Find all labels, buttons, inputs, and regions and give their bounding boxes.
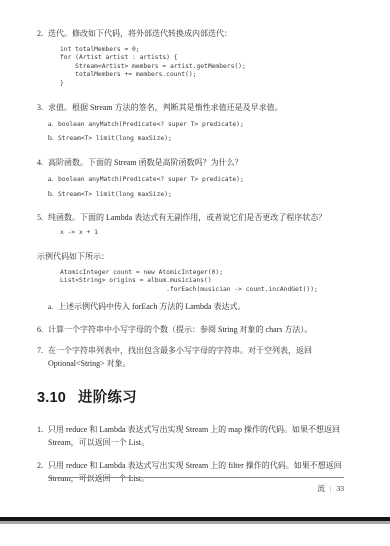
chapter-label: 流: [317, 484, 325, 493]
option-label: b.: [48, 188, 58, 201]
section-number: 3.10: [37, 390, 66, 406]
option-a: a. boolean anyMatch(Predicate<? super T>…: [48, 118, 343, 131]
sample-code-caption: 示例代码如下所示：: [37, 250, 343, 264]
option-b: b. Stream<T> limit(long maxSize);: [48, 188, 343, 201]
exercise-item-7: 7. 在一个字符串列表中，找出包含最多小写字母的字符串。对于空列表，返回 Opt…: [37, 344, 343, 371]
option-b: b. Stream<T> limit(long maxSize);: [48, 132, 343, 145]
option-label: a.: [48, 118, 58, 131]
exercise-text: 在一个字符串列表中，找出包含最多小写字母的字符串。对于空列表，返回 Option…: [48, 344, 343, 371]
exercise-text: 迭代。修改如下代码，将外部迭代转换成内部迭代：: [48, 27, 343, 41]
option-list: a. boolean anyMatch(Predicate<? super T>…: [48, 118, 343, 146]
option-text: 上述示例代码中传入 forEach 方法的 Lambda 表达式。: [58, 300, 246, 314]
section-heading: 3.10进阶练习: [37, 386, 343, 411]
option-label: a.: [48, 301, 58, 314]
exercise-number: 3.: [37, 101, 48, 149]
exercise-number: 2.: [37, 27, 48, 94]
exercise-text: 求值。根据 Stream 方法的签名，判断其是惰性求值还是及早求值。: [48, 101, 343, 115]
code-block-external-iteration: int totalMembers = 0; for (Artist artist…: [60, 46, 343, 89]
exercise-number: 7.: [37, 344, 48, 371]
page-footer: 流|33: [48, 477, 344, 494]
option-a: a. 上述示例代码中传入 forEach 方法的 Lambda 表达式。: [48, 300, 343, 314]
option-label: b.: [48, 132, 58, 145]
exercise-item-6: 6. 计算一个字符串中小写字母的个数（提示：参阅 String 对象的 char…: [37, 323, 343, 337]
exercise-number: 2.: [37, 459, 48, 486]
exercise-text: 只用 reduce 和 Lambda 表达式写出实现 Stream 上的 map…: [48, 423, 343, 450]
option-list: a. 上述示例代码中传入 forEach 方法的 Lambda 表达式。: [48, 300, 343, 314]
advanced-exercise-item-1: 1. 只用 reduce 和 Lambda 表达式写出实现 Stream 上的 …: [37, 423, 343, 450]
section-title: 进阶练习: [78, 390, 137, 406]
exercise-text: 计算一个字符串中小写字母的个数（提示：参阅 String 对象的 chars 方…: [48, 323, 343, 337]
exercise-number: 4.: [37, 156, 48, 204]
option-a: a. boolean anyMatch(Predicate<? super T>…: [48, 173, 343, 186]
option-code: Stream<T> limit(long maxSize);: [58, 190, 172, 201]
exercise-number: 5.: [37, 211, 48, 243]
page-number: 33: [337, 484, 345, 493]
exercise-item-2: 2. 迭代。修改如下代码，将外部迭代转换成内部迭代： int totalMemb…: [37, 27, 343, 94]
exercise-item-4: 4. 高阶函数。下面的 Stream 函数是高阶函数吗？为什么？ a. bool…: [37, 156, 343, 204]
exercise-number: 1.: [37, 423, 48, 450]
exercise-text: 纯函数。下面的 Lambda 表达式有无副作用，或者说它们是否更改了程序状态？: [48, 211, 343, 225]
exercise-item-5: 5. 纯函数。下面的 Lambda 表达式有无副作用，或者说它们是否更改了程序状…: [37, 211, 343, 243]
option-code: Stream<T> limit(long maxSize);: [58, 134, 172, 145]
exercise-item-3: 3. 求值。根据 Stream 方法的签名，判断其是惰性求值还是及早求值。 a.…: [37, 101, 343, 149]
option-code: boolean anyMatch(Predicate<? super T> pr…: [58, 120, 244, 131]
code-block-atomic-integer: AtomicInteger count = new AtomicInteger(…: [60, 269, 343, 295]
code-block-lambda: x -> x + 1: [60, 229, 343, 238]
book-page: 2. 迭代。修改如下代码，将外部迭代转换成内部迭代： int totalMemb…: [0, 0, 390, 546]
footer-separator: |: [330, 484, 332, 493]
page-content: 2. 迭代。修改如下代码，将外部迭代转换成内部迭代： int totalMemb…: [0, 0, 390, 486]
option-label: a.: [48, 173, 58, 186]
option-list: a. boolean anyMatch(Predicate<? super T>…: [48, 173, 343, 201]
scan-edge-gray-bar: [0, 521, 390, 524]
exercise-number: 6.: [37, 323, 48, 337]
option-code: boolean anyMatch(Predicate<? super T> pr…: [58, 175, 244, 186]
exercise-text: 高阶函数。下面的 Stream 函数是高阶函数吗？为什么？: [48, 156, 343, 170]
